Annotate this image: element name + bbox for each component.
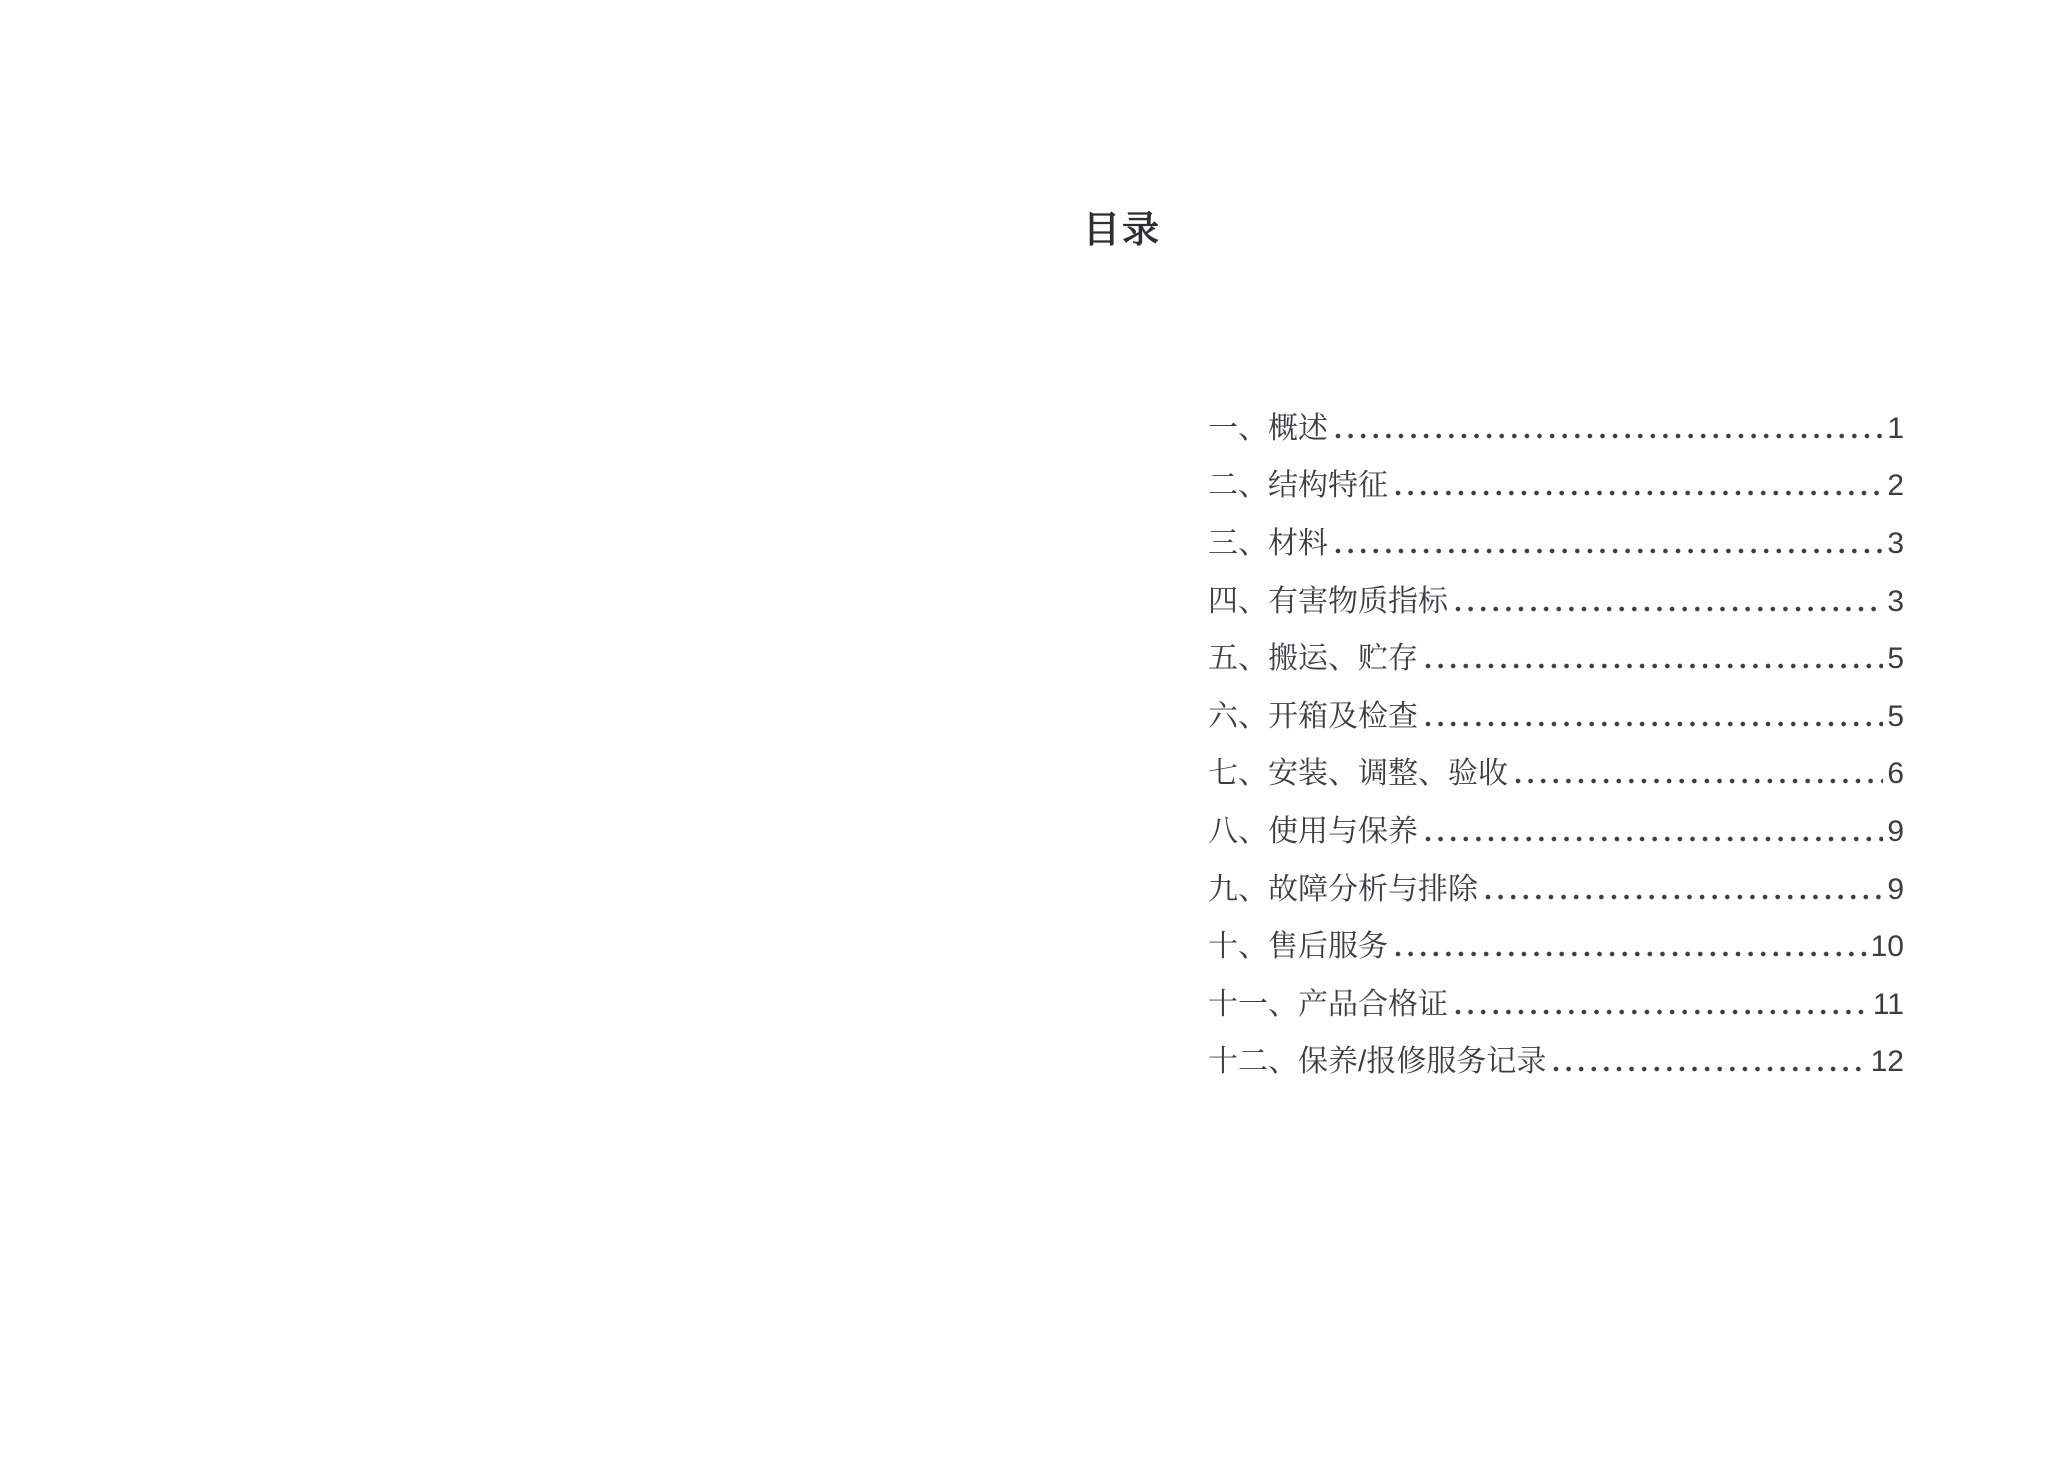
toc-entry-label: 七、安装、调整、验收 bbox=[1208, 757, 1508, 791]
toc-dot-leader bbox=[1425, 721, 1883, 727]
toc-entry[interactable]: 十一、产品合格证 11 bbox=[1208, 976, 1904, 1034]
toc-entry[interactable]: 三、材料 3 bbox=[1208, 515, 1904, 573]
toc-entry-label: 十二、保养/报修服务记录 bbox=[1208, 1045, 1546, 1079]
toc-entry-label: 八、使用与保养 bbox=[1208, 815, 1418, 849]
toc-entry-label: 六、开箱及检查 bbox=[1208, 700, 1418, 734]
toc-dot-leader bbox=[1553, 1066, 1866, 1072]
toc-entry-page: 5 bbox=[1887, 642, 1904, 676]
toc-entry[interactable]: 十二、保养/报修服务记录 12 bbox=[1208, 1034, 1904, 1092]
toc-entry[interactable]: 十、售后服务 10 bbox=[1208, 918, 1904, 976]
toc-dot-leader bbox=[1425, 836, 1883, 842]
toc-dot-leader bbox=[1335, 433, 1883, 439]
toc-entry-page: 9 bbox=[1887, 873, 1904, 907]
toc-dot-leader bbox=[1455, 1009, 1869, 1015]
toc-dot-leader bbox=[1395, 951, 1867, 957]
toc-dot-leader bbox=[1455, 606, 1883, 612]
toc-entry-label: 九、故障分析与排除 bbox=[1208, 873, 1478, 907]
toc-entry-label: 三、材料 bbox=[1208, 527, 1328, 561]
toc-page-title: 目录 bbox=[1083, 210, 1161, 250]
toc-entry[interactable]: 六、开箱及检查 5 bbox=[1208, 688, 1904, 746]
toc-dot-leader bbox=[1425, 663, 1883, 669]
toc-entry-page: 9 bbox=[1887, 815, 1904, 849]
toc-dot-leader bbox=[1335, 548, 1883, 554]
toc-dot-leader bbox=[1395, 490, 1883, 496]
toc-entry-label: 二、结构特征 bbox=[1208, 469, 1388, 503]
toc-entry[interactable]: 八、使用与保养 9 bbox=[1208, 803, 1904, 861]
toc-entry-label: 十、售后服务 bbox=[1208, 930, 1388, 964]
toc-dot-leader bbox=[1515, 778, 1883, 784]
toc-entry[interactable]: 一、概述 1 bbox=[1208, 400, 1904, 458]
toc-entry-page: 1 bbox=[1887, 412, 1904, 446]
toc-entry[interactable]: 二、结构特征 2 bbox=[1208, 458, 1904, 516]
toc-entry-label: 十一、产品合格证 bbox=[1208, 988, 1448, 1022]
toc-list: 一、概述 1 二、结构特征 2 三、材料 3 四、有害物质指标 3 五、搬运、贮… bbox=[1208, 400, 1904, 1091]
toc-entry-page: 3 bbox=[1887, 585, 1904, 619]
toc-entry[interactable]: 七、安装、调整、验收 6 bbox=[1208, 746, 1904, 804]
toc-entry-page: 5 bbox=[1887, 700, 1904, 734]
toc-entry[interactable]: 五、搬运、贮存 5 bbox=[1208, 630, 1904, 688]
toc-entry-label: 一、概述 bbox=[1208, 412, 1328, 446]
toc-entry-page: 10 bbox=[1871, 930, 1904, 964]
toc-entry[interactable]: 九、故障分析与排除 9 bbox=[1208, 861, 1904, 919]
document-page: 目录 一、概述 1 二、结构特征 2 三、材料 3 四、有害物质指标 3 五、搬… bbox=[0, 0, 2048, 1464]
toc-entry-label: 四、有害物质指标 bbox=[1208, 585, 1448, 619]
toc-entry[interactable]: 四、有害物质指标 3 bbox=[1208, 573, 1904, 631]
toc-entry-label: 五、搬运、贮存 bbox=[1208, 642, 1418, 676]
toc-dot-leader bbox=[1485, 894, 1883, 900]
toc-entry-page: 2 bbox=[1887, 469, 1904, 503]
toc-entry-page: 6 bbox=[1887, 757, 1904, 791]
toc-entry-page: 12 bbox=[1871, 1045, 1904, 1079]
toc-entry-page: 11 bbox=[1873, 988, 1904, 1022]
toc-entry-page: 3 bbox=[1887, 527, 1904, 561]
